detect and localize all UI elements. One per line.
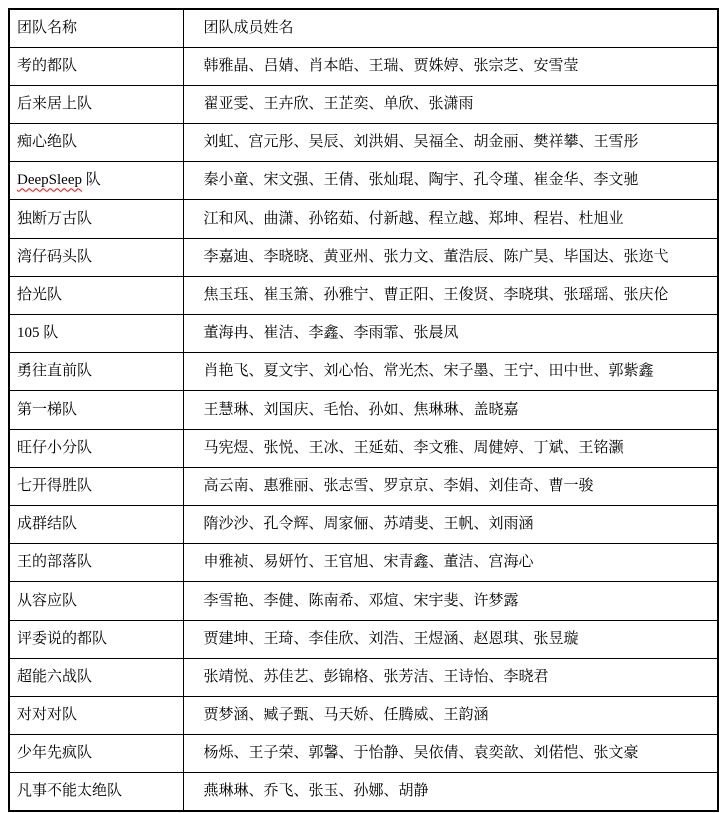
table-row: 痴心绝队刘虹、宫元彤、吴辰、刘洪娟、吴福全、胡金丽、樊祥攀、王雪彤 xyxy=(9,124,718,162)
header-row: 团队名称 团队成员姓名 xyxy=(9,9,718,47)
team-members-cell: 韩雅晶、吕婧、肖本皓、王瑞、贾姝婷、张宗芝、安雪莹 xyxy=(183,47,718,85)
table-row: 勇往直前队肖艳飞、夏文宇、刘心怡、常光杰、宋子墨、王宁、田中世、郭紫鑫 xyxy=(9,353,718,391)
team-name-cell: 湾仔码头队 xyxy=(9,238,183,276)
team-name-cell: 勇往直前队 xyxy=(9,353,183,391)
team-name-cell: 少年先疯队 xyxy=(9,735,183,773)
table-row: 对对对队贾梦涵、臧子甄、马天娇、任腾威、王韵涵 xyxy=(9,696,718,734)
team-members-cell: 董海冉、崔洁、李鑫、李雨霏、张晨凤 xyxy=(183,315,718,353)
table-row: 王的部落队申雅祯、易妍竹、王官旭、宋青鑫、董洁、宫海心 xyxy=(9,544,718,582)
team-name-cell: 后来居上队 xyxy=(9,85,183,123)
team-members-cell: 李嘉迪、李晓晓、黄亚州、张力文、董浩辰、陈广昊、毕国达、张迩弋 xyxy=(183,238,718,276)
team-name-cell: DeepSleep 队 xyxy=(9,162,183,200)
team-members-cell: 肖艳飞、夏文宇、刘心怡、常光杰、宋子墨、王宁、田中世、郭紫鑫 xyxy=(183,353,718,391)
team-name-cell: 旺仔小分队 xyxy=(9,429,183,467)
team-members-cell: 李雪艳、李健、陈南希、邓煊、宋宇斐、许梦露 xyxy=(183,582,718,620)
table-row: 凡事不能太绝队燕琳琳、乔飞、张玉、孙娜、胡静 xyxy=(9,773,718,811)
team-members-cell: 贾梦涵、臧子甄、马天娇、任腾威、王韵涵 xyxy=(183,696,718,734)
table-row: 七开得胜队高云南、惠雅丽、张志雪、罗京京、李娟、刘佳奇、曹一骏 xyxy=(9,467,718,505)
team-name-cell: 独断万古队 xyxy=(9,200,183,238)
column-header-team-name: 团队名称 xyxy=(9,9,183,47)
team-members-cell: 江和风、曲潇、孙铭茹、付新越、程立越、郑坤、程岩、杜旭业 xyxy=(183,200,718,238)
table-row: 独断万古队江和风、曲潇、孙铭茹、付新越、程立越、郑坤、程岩、杜旭业 xyxy=(9,200,718,238)
team-name-cell: 第一梯队 xyxy=(9,391,183,429)
team-members-cell: 焦玉珏、崔玉箫、孙雅宁、曹正阳、王俊贤、李晓琪、张瑶瑶、张庆伦 xyxy=(183,276,718,314)
table-row: 从容应队李雪艳、李健、陈南希、邓煊、宋宇斐、许梦露 xyxy=(9,582,718,620)
team-name-cell: 超能六战队 xyxy=(9,658,183,696)
table-row: DeepSleep 队秦小童、宋文强、王倩、张灿琨、陶宇、孔令瑾、崔金华、李文驰 xyxy=(9,162,718,200)
team-members-cell: 马宪煜、张悦、王冰、王延茹、李文雅、周健婷、丁斌、王铭灏 xyxy=(183,429,718,467)
team-name-cell: 评委说的都队 xyxy=(9,620,183,658)
column-header-members: 团队成员姓名 xyxy=(183,9,718,47)
table-row: 湾仔码头队李嘉迪、李晓晓、黄亚州、张力文、董浩辰、陈广昊、毕国达、张迩弋 xyxy=(9,238,718,276)
team-name-cell: 考的都队 xyxy=(9,47,183,85)
team-name-cell: 从容应队 xyxy=(9,582,183,620)
team-name-cell: 成群结队 xyxy=(9,505,183,543)
team-name-cell: 七开得胜队 xyxy=(9,467,183,505)
table-row: 考的都队韩雅晶、吕婧、肖本皓、王瑞、贾姝婷、张宗芝、安雪莹 xyxy=(9,47,718,85)
team-name-cell: 拾光队 xyxy=(9,276,183,314)
team-members-cell: 秦小童、宋文强、王倩、张灿琨、陶宇、孔令瑾、崔金华、李文驰 xyxy=(183,162,718,200)
team-name-cell: 王的部落队 xyxy=(9,544,183,582)
table-row: 超能六战队张靖悦、苏佳艺、彭锦格、张芳洁、王诗怡、李晓君 xyxy=(9,658,718,696)
team-members-cell: 高云南、惠雅丽、张志雪、罗京京、李娟、刘佳奇、曹一骏 xyxy=(183,467,718,505)
document-page: 团队名称 团队成员姓名 考的都队韩雅晶、吕婧、肖本皓、王瑞、贾姝婷、张宗芝、安雪… xyxy=(0,0,719,813)
team-members-cell: 翟亚雯、王卉欣、王芷奕、单欣、张潇雨 xyxy=(183,85,718,123)
table-row: 少年先疯队杨烁、王子荣、郭馨、于怡静、吴依倩、袁奕歆、刘偌恺、张文豪 xyxy=(9,735,718,773)
table-row: 成群结队隋沙沙、孔令辉、周家俪、苏靖斐、王帆、刘雨涵 xyxy=(9,505,718,543)
team-members-cell: 贾建坤、王琦、李佳欣、刘浩、王煜涵、赵恩琪、张昱璇 xyxy=(183,620,718,658)
team-name-cell: 痴心绝队 xyxy=(9,124,183,162)
team-name-cell: 对对对队 xyxy=(9,696,183,734)
teams-table: 团队名称 团队成员姓名 考的都队韩雅晶、吕婧、肖本皓、王瑞、贾姝婷、张宗芝、安雪… xyxy=(8,8,719,812)
team-members-cell: 王慧琳、刘国庆、毛怡、孙如、焦琳琳、盖晓嘉 xyxy=(183,391,718,429)
table-row: 105 队董海冉、崔洁、李鑫、李雨霏、张晨凤 xyxy=(9,315,718,353)
team-members-cell: 隋沙沙、孔令辉、周家俪、苏靖斐、王帆、刘雨涵 xyxy=(183,505,718,543)
table-row: 旺仔小分队马宪煜、张悦、王冰、王延茹、李文雅、周健婷、丁斌、王铭灏 xyxy=(9,429,718,467)
team-members-cell: 杨烁、王子荣、郭馨、于怡静、吴依倩、袁奕歆、刘偌恺、张文豪 xyxy=(183,735,718,773)
team-name-cell: 凡事不能太绝队 xyxy=(9,773,183,811)
table-row: 评委说的都队贾建坤、王琦、李佳欣、刘浩、王煜涵、赵恩琪、张昱璇 xyxy=(9,620,718,658)
team-members-cell: 刘虹、宫元彤、吴辰、刘洪娟、吴福全、胡金丽、樊祥攀、王雪彤 xyxy=(183,124,718,162)
team-name-cell: 105 队 xyxy=(9,315,183,353)
team-members-cell: 申雅祯、易妍竹、王官旭、宋青鑫、董洁、宫海心 xyxy=(183,544,718,582)
table-row: 拾光队焦玉珏、崔玉箫、孙雅宁、曹正阳、王俊贤、李晓琪、张瑶瑶、张庆伦 xyxy=(9,276,718,314)
table-row: 后来居上队翟亚雯、王卉欣、王芷奕、单欣、张潇雨 xyxy=(9,85,718,123)
spellchecked-word: DeepSleep xyxy=(17,172,82,188)
team-members-cell: 燕琳琳、乔飞、张玉、孙娜、胡静 xyxy=(183,773,718,811)
table-row: 第一梯队王慧琳、刘国庆、毛怡、孙如、焦琳琳、盖晓嘉 xyxy=(9,391,718,429)
team-members-cell: 张靖悦、苏佳艺、彭锦格、张芳洁、王诗怡、李晓君 xyxy=(183,658,718,696)
